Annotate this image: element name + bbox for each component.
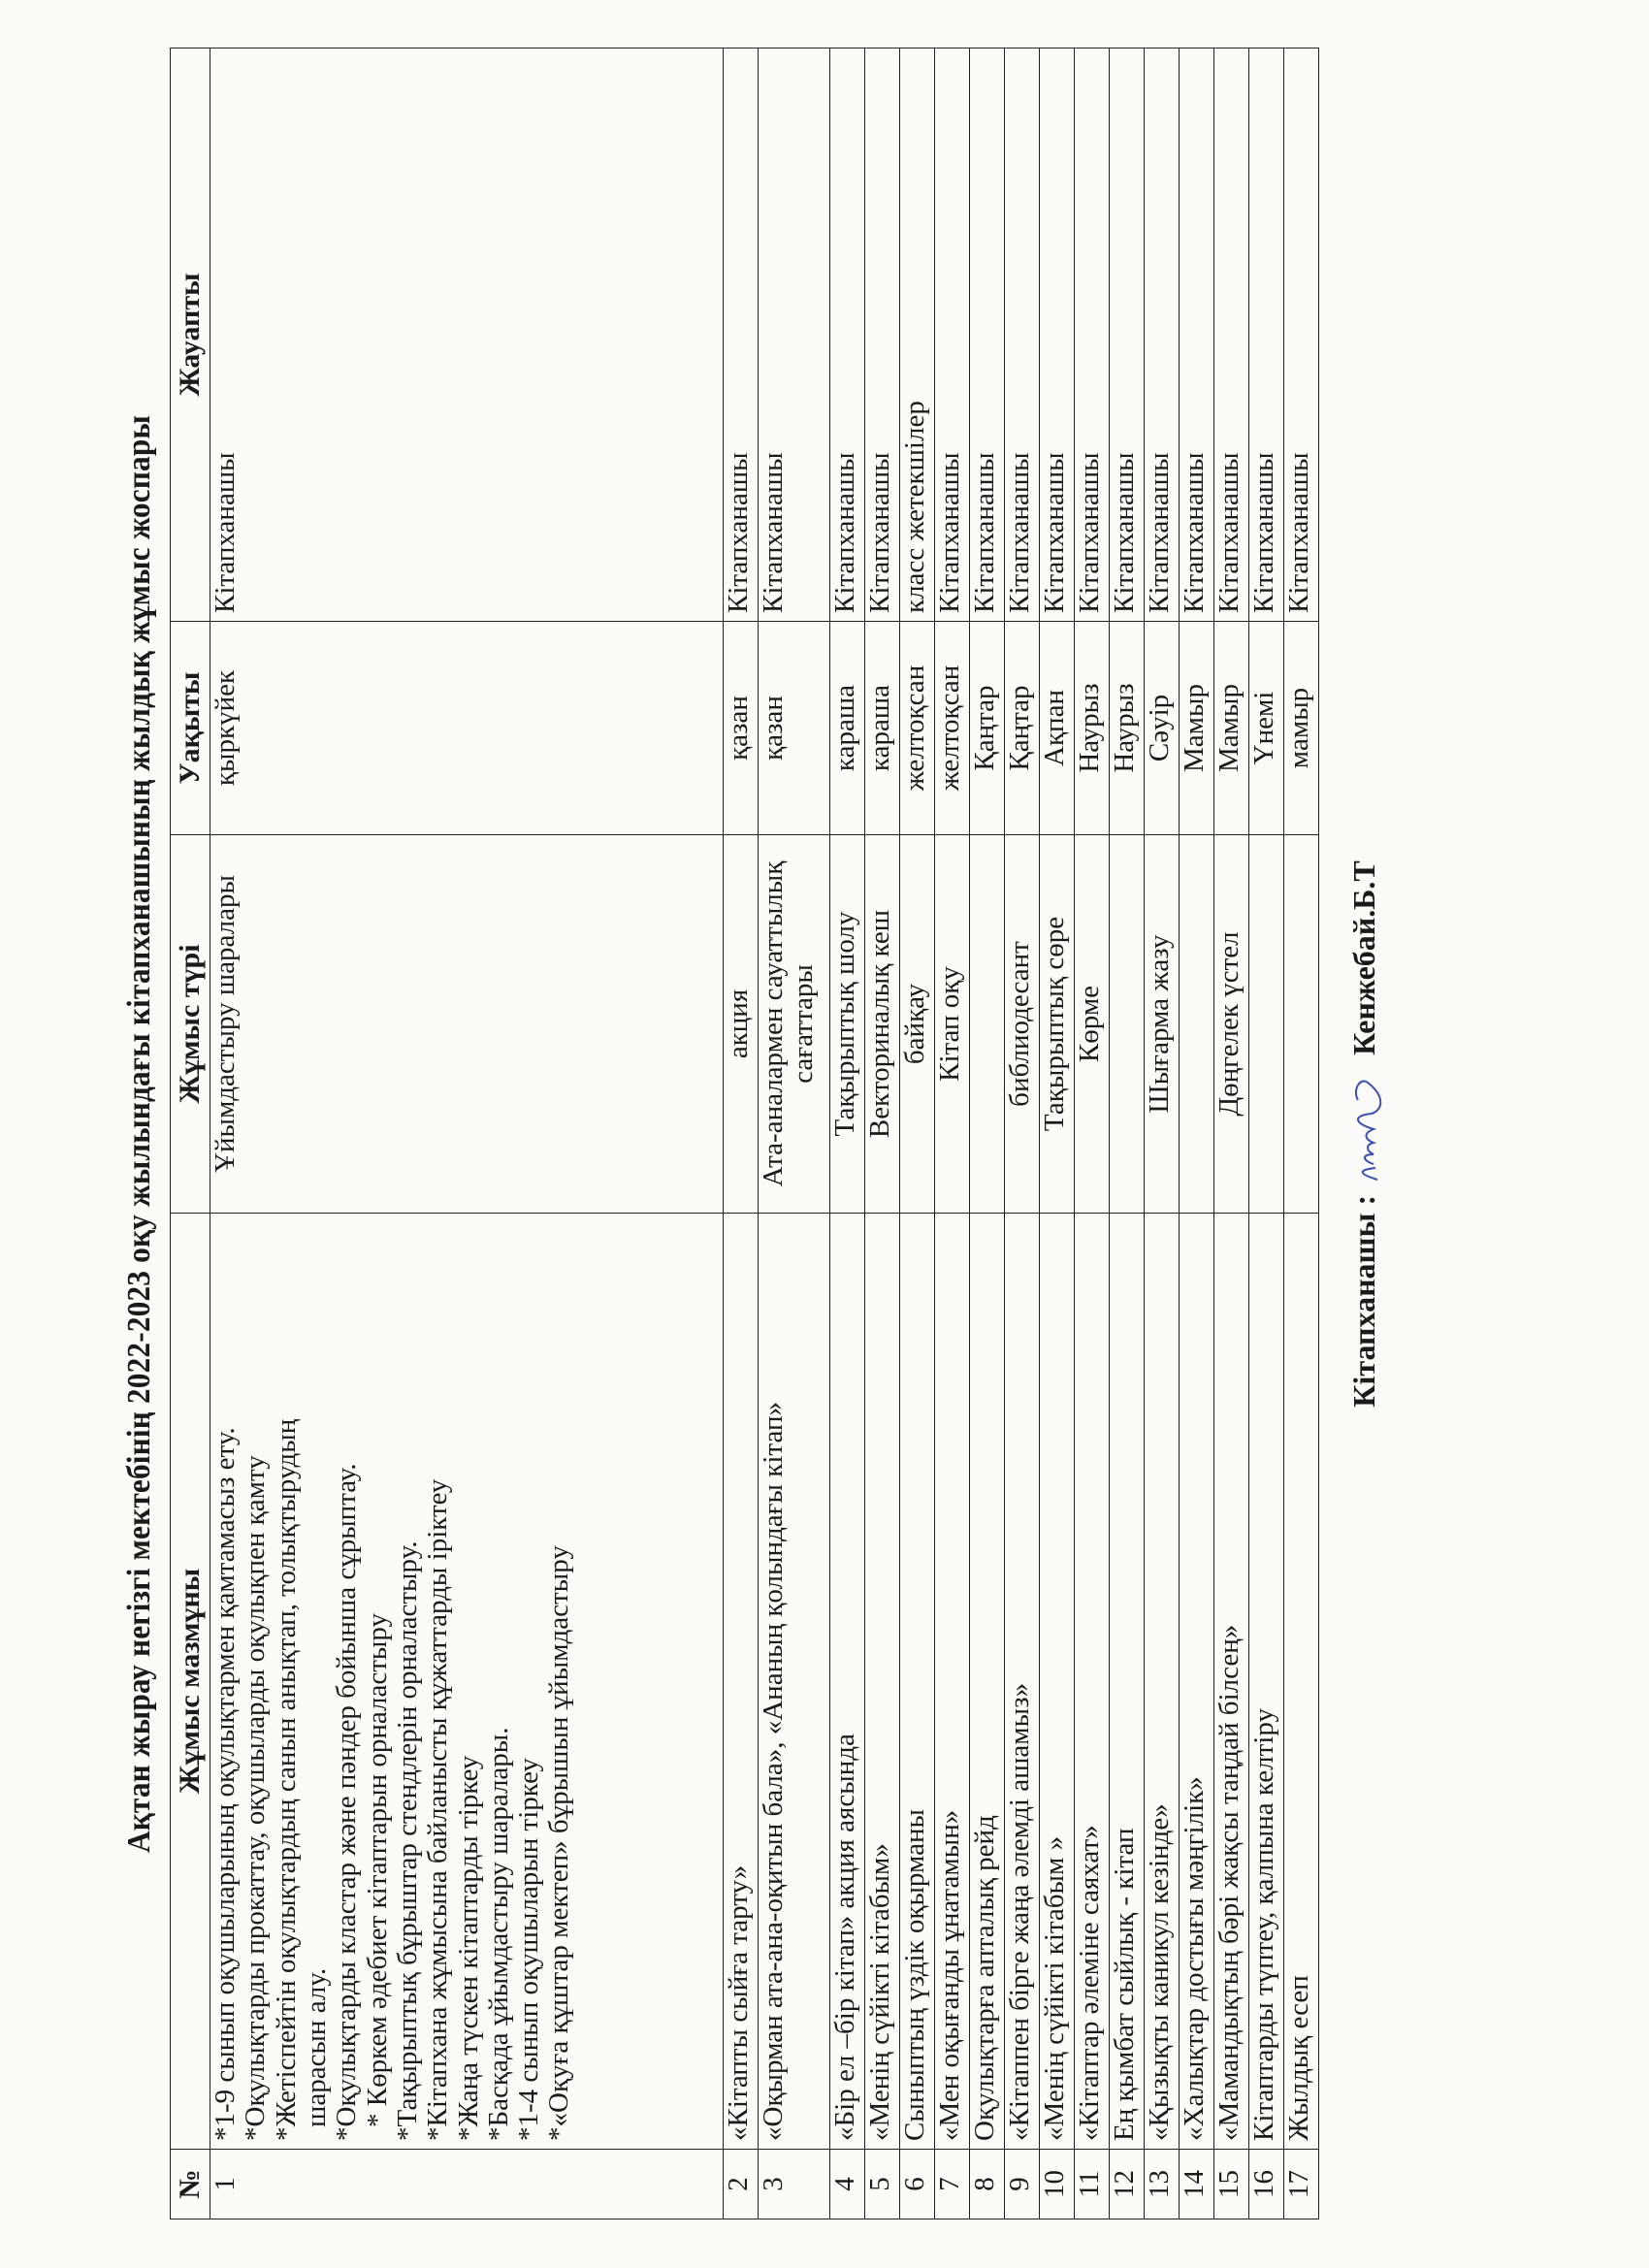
work-time: Наурыз bbox=[1110, 622, 1145, 835]
content-line: *Тақырыптық бұрыштар стендлерін орналаст… bbox=[393, 1221, 423, 2141]
work-type: Тақырыптық сөре bbox=[1040, 835, 1075, 1214]
work-type: Тақырыптық шолу bbox=[830, 835, 865, 1214]
table-row: 13«Қызықты каникул кезінде»Шығарма жазуС… bbox=[1145, 49, 1180, 2219]
work-type: Векториналық кеш bbox=[865, 835, 900, 1214]
content-line: *Оқулықтарды прокаттау, оқушыларды оқулы… bbox=[241, 1221, 271, 2141]
handwritten-signature-icon bbox=[1348, 1067, 1387, 1183]
responsible-person: Кітапханашы bbox=[1249, 49, 1284, 622]
content-line: *1-4 сынып оқушыларын тіркеу bbox=[514, 1221, 544, 2141]
row-number: 9 bbox=[1005, 2150, 1040, 2219]
header-content: Жұмыс мазмұны bbox=[171, 1214, 210, 2150]
work-content: Сыныптың үздік оқырманы bbox=[900, 1214, 935, 2150]
content-line: *Жетіспейтін оқулықтардың санын анықтап,… bbox=[272, 1221, 302, 2141]
work-type: Шығарма жазу bbox=[1145, 835, 1180, 1214]
signer-name: Кенжебай.Б.Т bbox=[1346, 860, 1381, 1055]
table-row: 10«Менің сүйікті кітабым »Тақырыптық сөр… bbox=[1040, 49, 1075, 2219]
header-time: Уақыты bbox=[171, 622, 210, 835]
annual-plan-table: № Жұмыс мазмұны Жұмыс түрі Уақыты Жауапт… bbox=[170, 48, 1319, 2219]
content-line: шарасын алу. bbox=[302, 1221, 332, 2141]
work-time: Үнемі bbox=[1249, 622, 1284, 835]
work-time: желтоқсан bbox=[900, 622, 935, 835]
table-row: 2«Кітапты сыйға тарту»акцияқазанКітапхан… bbox=[724, 49, 759, 2219]
table-row: 1*1-9 сынып оқушыларының оқулықтармен қа… bbox=[210, 49, 724, 2219]
row-number: 12 bbox=[1110, 2150, 1145, 2219]
work-content: «Бір ел –бір кітап» акция аясында bbox=[830, 1214, 865, 2150]
responsible-person: класс жетекшілер bbox=[900, 49, 935, 622]
responsible-person: Кітапханашы bbox=[1110, 49, 1145, 622]
work-type bbox=[1180, 835, 1214, 1214]
responsible-person: Кітапханашы bbox=[210, 49, 724, 622]
work-content: «Кітаппен бірге жаңа әлемді ашамыз» bbox=[1005, 1214, 1040, 2150]
table-row: 5«Менің сүйікті кітабым»Векториналық кеш… bbox=[865, 49, 900, 2219]
work-content: «Менің сүйікті кітабым » bbox=[1040, 1214, 1075, 2150]
header-type: Жұмыс түрі bbox=[171, 835, 210, 1214]
responsible-person: Кітапханашы bbox=[865, 49, 900, 622]
header-responsible: Жауапты bbox=[171, 49, 210, 622]
signer-role: Кітапханашы : bbox=[1346, 1195, 1381, 1408]
work-type: Ата-аналармен сауаттылық сағаттары bbox=[759, 835, 830, 1214]
work-time: Сәуір bbox=[1145, 622, 1180, 835]
responsible-person: Кітапханашы bbox=[1040, 49, 1075, 622]
content-line: *Жаңа түскен кітаптарды тіркеу bbox=[454, 1221, 484, 2141]
table-row: 6Сыныптың үздік оқырманыбайқаужелтоқсанк… bbox=[900, 49, 935, 2219]
table-header-row: № Жұмыс мазмұны Жұмыс түрі Уақыты Жауапт… bbox=[171, 49, 210, 2219]
work-time: желтоқсан bbox=[935, 622, 970, 835]
work-type: Ұйымдастыру шаралары bbox=[210, 835, 724, 1214]
work-time: Ақпан bbox=[1040, 622, 1075, 835]
work-type: Көрме bbox=[1075, 835, 1110, 1214]
work-type bbox=[970, 835, 1005, 1214]
document-title: Ақтан жырау негізгі мектебінің 2022-2023… bbox=[121, 91, 158, 2178]
table-row: 3«Оқырман ата-ана-оқитын бала», «Ананың … bbox=[759, 49, 830, 2219]
row-number: 17 bbox=[1284, 2150, 1319, 2219]
table-row: 7«Мен оқығанды ұнатамын»Кітап оқужелтоқс… bbox=[935, 49, 970, 2219]
work-type bbox=[1249, 835, 1284, 1214]
content-line: * Көркем әдебиет кітаптарын орналастыру bbox=[363, 1221, 393, 2141]
content-line: *Кітапхана жұмысына байланысты құжаттард… bbox=[423, 1221, 453, 2141]
work-type bbox=[1110, 835, 1145, 1214]
content-line: *Оқулықтарды кластар және пәндер бойынша… bbox=[332, 1221, 362, 2141]
work-content: Кітаптарды түптеу, қалпына келтіру bbox=[1249, 1214, 1284, 2150]
table-body: 1*1-9 сынып оқушыларының оқулықтармен қа… bbox=[210, 49, 1319, 2219]
table-row: 16Кітаптарды түптеу, қалпына келтіруҮнем… bbox=[1249, 49, 1284, 2219]
work-time: Қаңтар bbox=[970, 622, 1005, 835]
table-row: 9«Кітаппен бірге жаңа әлемді ашамыз»библ… bbox=[1005, 49, 1040, 2219]
responsible-person: Кітапханашы bbox=[830, 49, 865, 622]
work-content: Ең қымбат сыйлық - кітап bbox=[1110, 1214, 1145, 2150]
work-content: Оқулықтарға апталық рейд bbox=[970, 1214, 1005, 2150]
row-number: 4 bbox=[830, 2150, 865, 2219]
signature-block: Кітапханашы : Кенжебай.Б.Т bbox=[1346, 0, 1387, 2268]
row-number: 2 bbox=[724, 2150, 759, 2219]
work-type bbox=[1284, 835, 1319, 1214]
responsible-person: Кітапханашы bbox=[1145, 49, 1180, 622]
content-line: *Басқада ұйымдастыру шаралары. bbox=[484, 1221, 514, 2141]
work-content: «Мен оқығанды ұнатамын» bbox=[935, 1214, 970, 2150]
work-type: Дөңгелек үстел bbox=[1214, 835, 1249, 1214]
row-number: 6 bbox=[900, 2150, 935, 2219]
work-time: Наурыз bbox=[1075, 622, 1110, 835]
row-number: 3 bbox=[759, 2150, 830, 2219]
work-time: караша bbox=[865, 622, 900, 835]
work-time: караша bbox=[830, 622, 865, 835]
work-type: байқау bbox=[900, 835, 935, 1214]
row-number: 8 bbox=[970, 2150, 1005, 2219]
responsible-person: Кітапханашы bbox=[1075, 49, 1110, 622]
responsible-person: Кітапханашы bbox=[935, 49, 970, 622]
content-line: *1-9 сынып оқушыларының оқулықтармен қам… bbox=[210, 1221, 241, 2141]
work-content: «Халықтар достығы мәңгілік» bbox=[1180, 1214, 1214, 2150]
work-content: «Мамандықтың бәрі жақсы таңдай білсең» bbox=[1214, 1214, 1249, 2150]
table-row: 15«Мамандықтың бәрі жақсы таңдай білсең»… bbox=[1214, 49, 1249, 2219]
work-type: Кітап оқу bbox=[935, 835, 970, 1214]
document-page: Ақтан жырау негізгі мектебінің 2022-2023… bbox=[0, 0, 1649, 2268]
work-time: қазан bbox=[724, 622, 759, 835]
work-content: *1-9 сынып оқушыларының оқулықтармен қам… bbox=[210, 1214, 724, 2150]
responsible-person: Кітапханашы bbox=[970, 49, 1005, 622]
table-row: 17Жылдық есепмамырКітапханашы bbox=[1284, 49, 1319, 2219]
work-time: қазан bbox=[759, 622, 830, 835]
table-row: 11«Кітаптар әлеміне саяхат»КөрмеНаурызКі… bbox=[1075, 49, 1110, 2219]
work-time: қыркүйек bbox=[210, 622, 724, 835]
work-type: акция bbox=[724, 835, 759, 1214]
row-number: 1 bbox=[210, 2150, 724, 2219]
row-number: 10 bbox=[1040, 2150, 1075, 2219]
row-number: 15 bbox=[1214, 2150, 1249, 2219]
work-time: Мамыр bbox=[1214, 622, 1249, 835]
responsible-person: Кітапханашы bbox=[1180, 49, 1214, 622]
work-content: «Кітаптар әлеміне саяхат» bbox=[1075, 1214, 1110, 2150]
responsible-person: Кітапханашы bbox=[1284, 49, 1319, 622]
table-row: 14«Халықтар достығы мәңгілік»МамырКітапх… bbox=[1180, 49, 1214, 2219]
table-row: 4«Бір ел –бір кітап» акция аясындаТақыры… bbox=[830, 49, 865, 2219]
work-content: «Оқырман ата-ана-оқитын бала», «Ананың қ… bbox=[759, 1214, 830, 2150]
table-row: 12Ең қымбат сыйлық - кітапНаурызКітапхан… bbox=[1110, 49, 1145, 2219]
responsible-person: Кітапханашы bbox=[759, 49, 830, 622]
row-number: 13 bbox=[1145, 2150, 1180, 2219]
content-line: *«Оқуға құштар мектеп» бұрышын ұйымдасты… bbox=[544, 1221, 574, 2141]
work-time: Қаңтар bbox=[1005, 622, 1040, 835]
row-number: 14 bbox=[1180, 2150, 1214, 2219]
work-content: «Қызықты каникул кезінде» bbox=[1145, 1214, 1180, 2150]
row-number: 11 bbox=[1075, 2150, 1110, 2219]
row-number: 16 bbox=[1249, 2150, 1284, 2219]
responsible-person: Кітапханашы bbox=[1214, 49, 1249, 622]
work-type: библиодесант bbox=[1005, 835, 1040, 1214]
work-content: «Менің сүйікті кітабым» bbox=[865, 1214, 900, 2150]
work-time: мамыр bbox=[1284, 622, 1319, 835]
responsible-person: Кітапханашы bbox=[724, 49, 759, 622]
work-content: Жылдық есеп bbox=[1284, 1214, 1319, 2150]
responsible-person: Кітапханашы bbox=[1005, 49, 1040, 622]
table-row: 8Оқулықтарға апталық рейдҚаңтарКітапхана… bbox=[970, 49, 1005, 2219]
row-number: 7 bbox=[935, 2150, 970, 2219]
work-content: «Кітапты сыйға тарту» bbox=[724, 1214, 759, 2150]
work-time: Мамыр bbox=[1180, 622, 1214, 835]
row-number: 5 bbox=[865, 2150, 900, 2219]
header-no: № bbox=[171, 2150, 210, 2219]
